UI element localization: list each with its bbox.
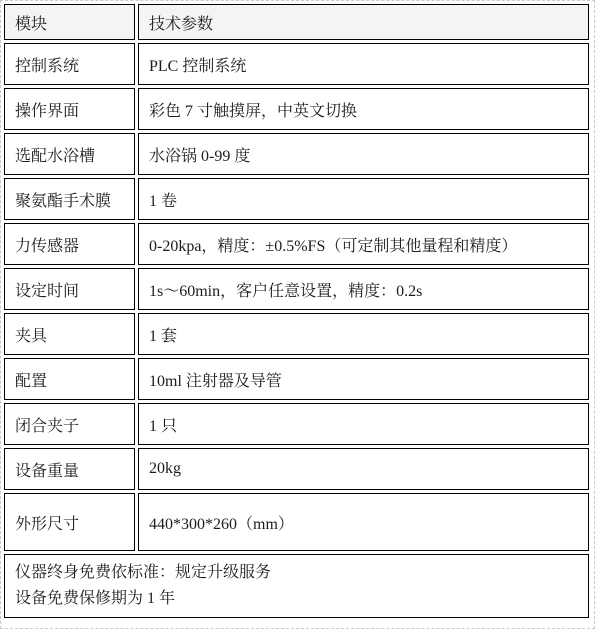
module-cell: 聚氨酯手术膜 bbox=[4, 178, 135, 220]
param-cell: PLC 控制系统 bbox=[138, 43, 589, 85]
param-cell: 彩色 7 寸触摸屏，中英文切换 bbox=[138, 88, 589, 130]
param-cell: 1 只 bbox=[138, 403, 589, 445]
table-row: 夹具 1 套 bbox=[4, 313, 589, 355]
table-row: 配置 10ml 注射器及导管 bbox=[4, 358, 589, 400]
header-cell-module: 模块 bbox=[4, 4, 135, 40]
table-row: 力传感器 0-20kpa，精度：±0.5%FS（可定制其他量程和精度） bbox=[4, 223, 589, 265]
spec-table: 模块 技术参数 控制系统 PLC 控制系统 操作界面 彩色 7 寸触摸屏，中英文… bbox=[1, 1, 592, 621]
spec-sheet-page: 模块 技术参数 控制系统 PLC 控制系统 操作界面 彩色 7 寸触摸屏，中英文… bbox=[0, 0, 595, 629]
table-footer-row: 仪器终身免费依标准：规定升级服务 设备免费保修期为 1 年 bbox=[4, 554, 589, 618]
footer-line-1: 仪器终身免费依标准：规定升级服务 bbox=[15, 560, 580, 586]
table-row: 操作界面 彩色 7 寸触摸屏，中英文切换 bbox=[4, 88, 589, 130]
header-cell-params: 技术参数 bbox=[138, 4, 589, 40]
param-cell: 1 套 bbox=[138, 313, 589, 355]
module-cell: 闭合夹子 bbox=[4, 403, 135, 445]
table-row: 外形尺寸 440*300*260（mm） bbox=[4, 493, 589, 551]
table-row: 聚氨酯手术膜 1 卷 bbox=[4, 178, 589, 220]
table-row: 控制系统 PLC 控制系统 bbox=[4, 43, 589, 85]
param-cell: 10ml 注射器及导管 bbox=[138, 358, 589, 400]
table-header-row: 模块 技术参数 bbox=[4, 4, 589, 40]
module-cell: 设备重量 bbox=[4, 448, 135, 490]
module-cell: 配置 bbox=[4, 358, 135, 400]
table-row: 选配水浴槽 水浴锅 0-99 度 bbox=[4, 133, 589, 175]
param-cell: 440*300*260（mm） bbox=[138, 493, 589, 551]
footer-note-cell: 仪器终身免费依标准：规定升级服务 设备免费保修期为 1 年 bbox=[4, 554, 589, 618]
table-row: 设备重量 20kg bbox=[4, 448, 589, 490]
module-cell: 外形尺寸 bbox=[4, 493, 135, 551]
module-cell: 控制系统 bbox=[4, 43, 135, 85]
param-cell: 0-20kpa，精度：±0.5%FS（可定制其他量程和精度） bbox=[138, 223, 589, 265]
module-cell: 力传感器 bbox=[4, 223, 135, 265]
param-cell: 水浴锅 0-99 度 bbox=[138, 133, 589, 175]
param-cell: 1s～60min，客户任意设置，精度：0.2s bbox=[138, 268, 589, 310]
module-cell: 设定时间 bbox=[4, 268, 135, 310]
param-cell: 1 卷 bbox=[138, 178, 589, 220]
footer-line-2: 设备免费保修期为 1 年 bbox=[15, 586, 580, 612]
module-cell: 夹具 bbox=[4, 313, 135, 355]
table-row: 闭合夹子 1 只 bbox=[4, 403, 589, 445]
param-cell: 20kg bbox=[138, 448, 589, 490]
module-cell: 操作界面 bbox=[4, 88, 135, 130]
table-row: 设定时间 1s～60min，客户任意设置，精度：0.2s bbox=[4, 268, 589, 310]
module-cell: 选配水浴槽 bbox=[4, 133, 135, 175]
